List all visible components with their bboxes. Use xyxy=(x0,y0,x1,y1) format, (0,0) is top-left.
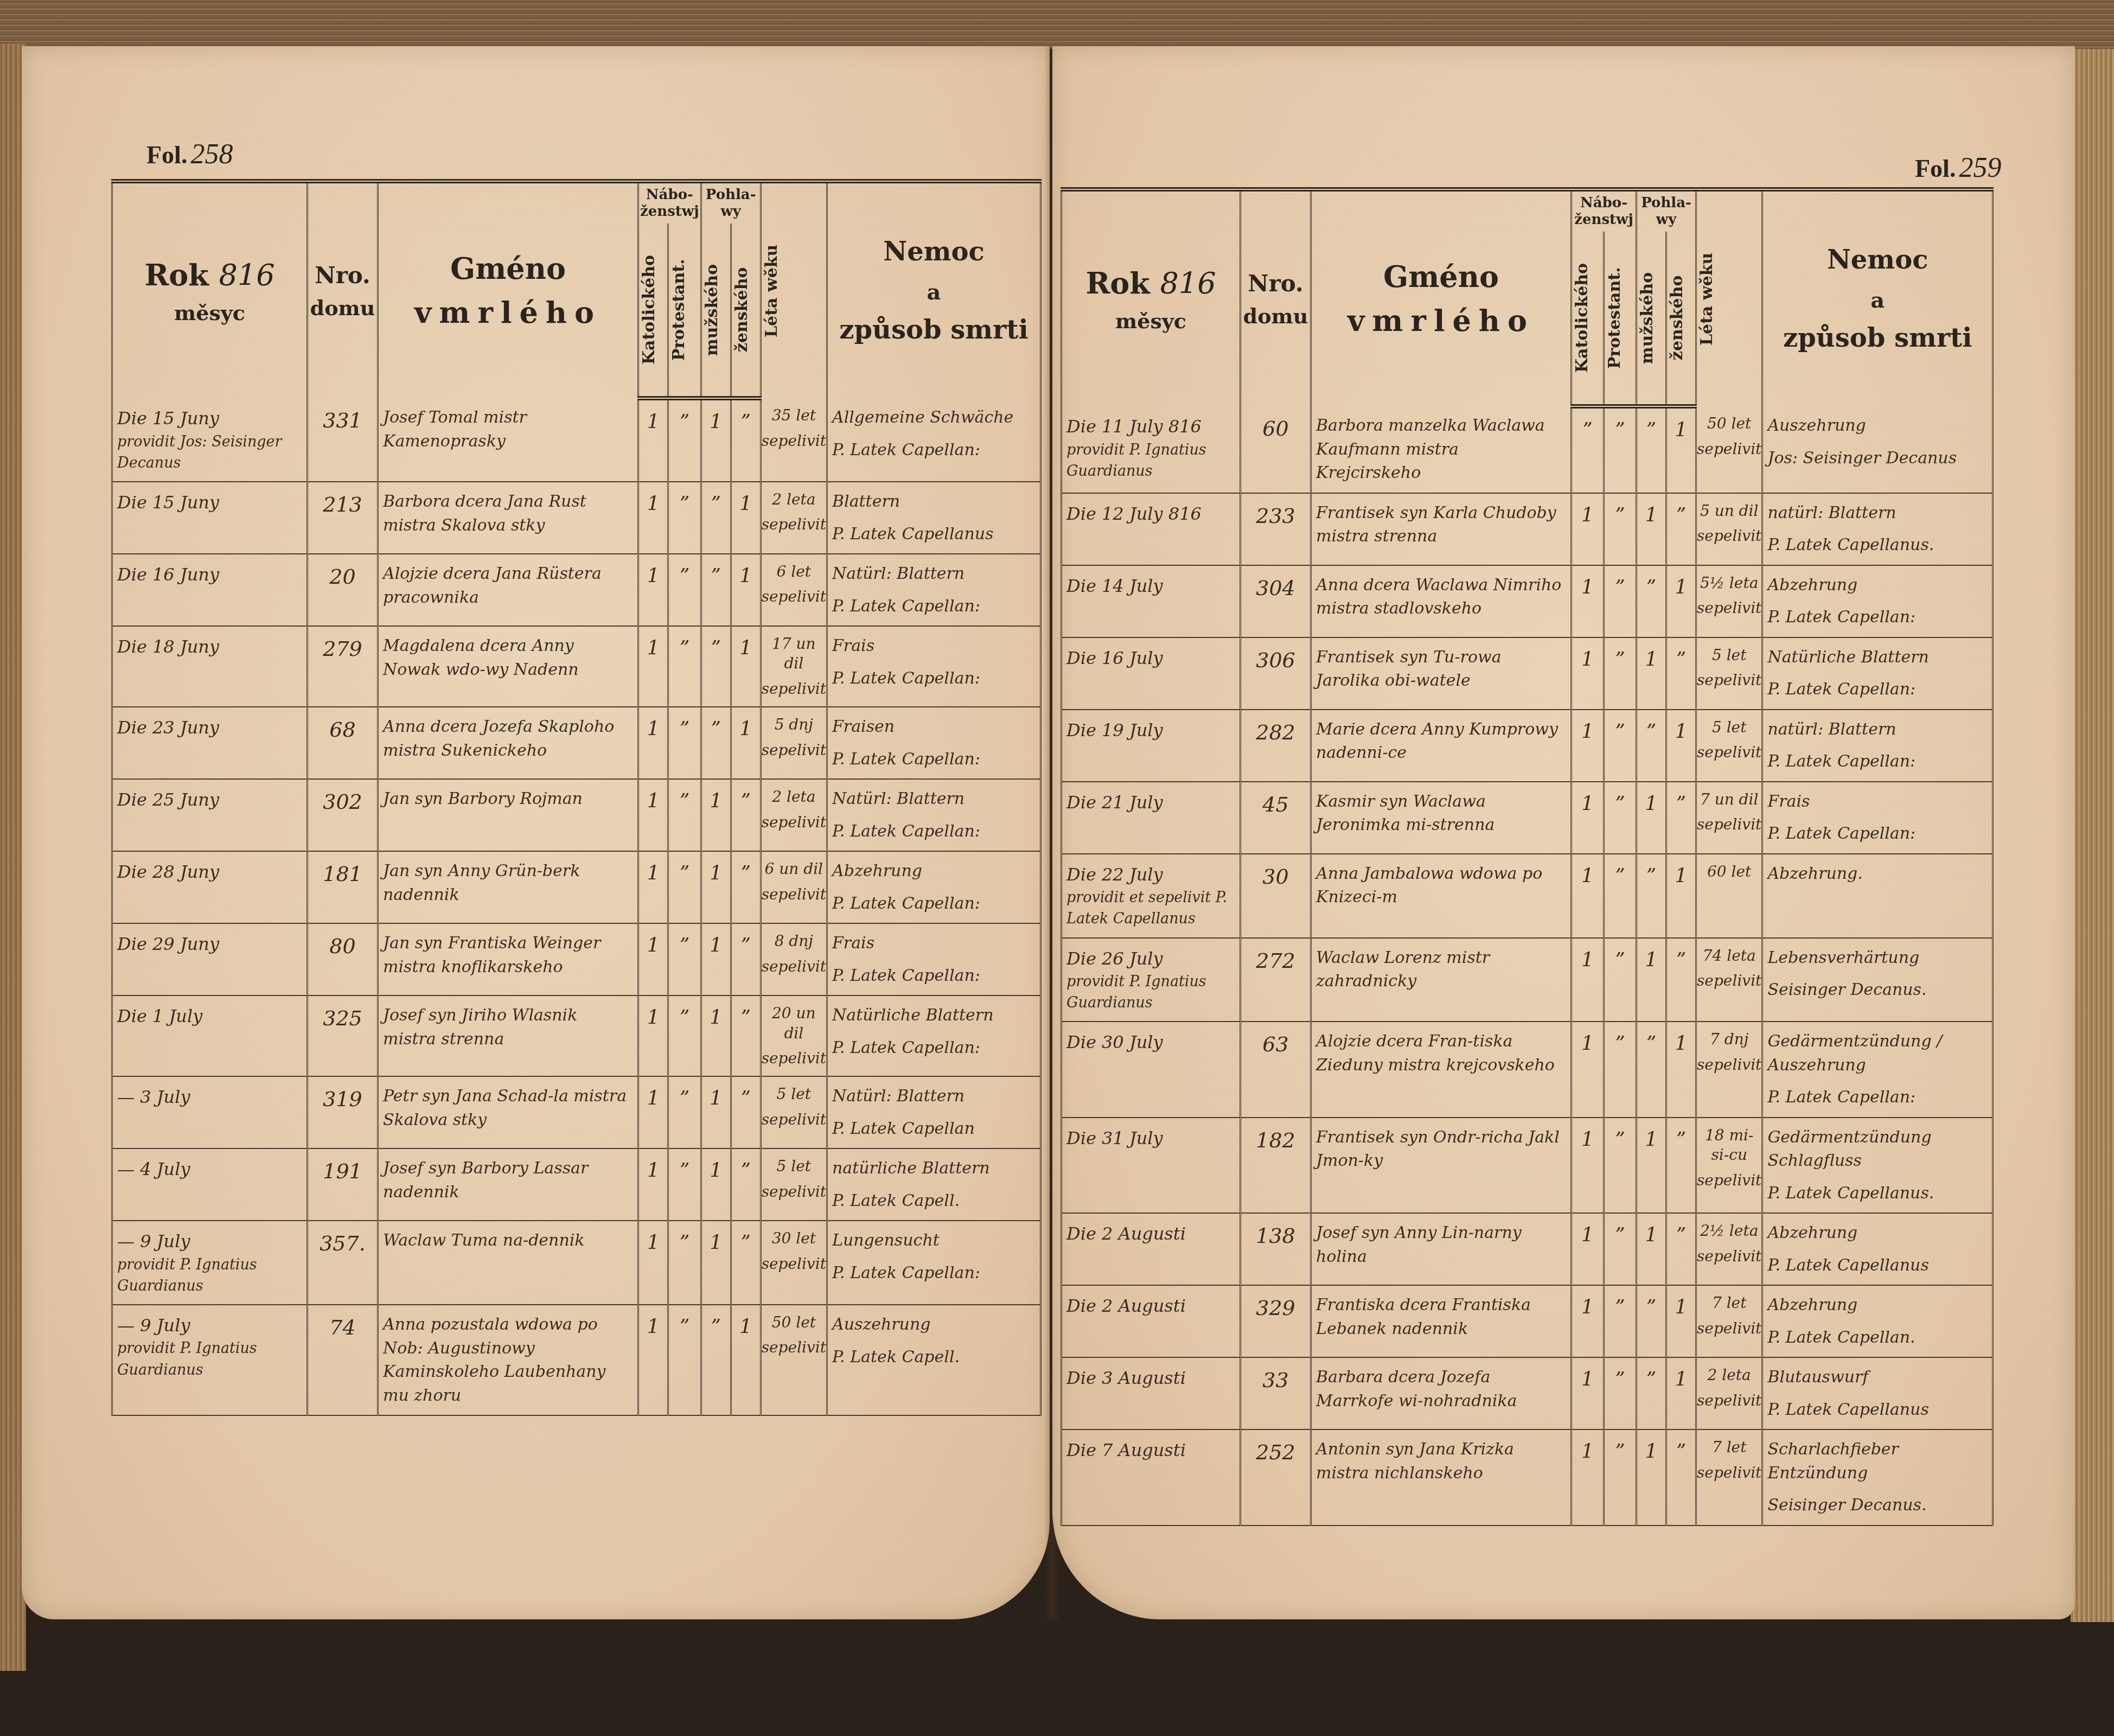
cause-of-death: Abzehrung xyxy=(1767,573,1988,597)
header-date-rok: Rok xyxy=(144,258,208,292)
cell-catholic: 1 xyxy=(1572,637,1604,710)
left-register-table: Rok 816 měsyc Nro. domu Gméno vmrlého Ná… xyxy=(111,179,1042,1416)
cell-age: 5 letsepelivit xyxy=(761,1148,827,1221)
cell-catholic: 1 xyxy=(638,851,668,923)
cause-of-death: Auszehrung xyxy=(832,1313,1036,1337)
cell-date: Die 19 July xyxy=(1062,710,1241,782)
cell-catholic: 1 xyxy=(1572,782,1604,854)
header-female: ženského xyxy=(731,224,761,398)
death-date: Die 2 Augusti xyxy=(1066,1223,1186,1244)
cell-age: 20 un dilsepelivit xyxy=(761,995,827,1076)
register-row: Die 2 Augusti 329 Frantiska dcera Franti… xyxy=(1062,1285,1993,1357)
sepelivit-mark: sepelivit xyxy=(762,515,826,534)
register-row: Die 28 Juny 181 Jan syn Anny Grün-berk n… xyxy=(112,851,1041,923)
cell-protestant: ” xyxy=(1604,1285,1637,1357)
cell-deceased-name: Alojzie dcera Fran-tiska Zieduny mistra … xyxy=(1311,1022,1572,1118)
cell-deceased-name: Josef syn Jiriho Wlasnik mistra strenna xyxy=(378,995,638,1076)
cell-male: 1 xyxy=(701,995,731,1076)
cell-date: Die 7 Augusti xyxy=(1062,1429,1241,1526)
cell-catholic: 1 xyxy=(638,626,668,707)
cell-male: 1 xyxy=(701,779,731,851)
header-male: mužského xyxy=(1637,232,1666,406)
header-sex: Pohla-wy xyxy=(701,181,761,224)
cell-date: Die 16 Juny xyxy=(112,554,308,626)
register-row: Die 2 Augusti 138 Josef syn Anny Lin-nar… xyxy=(1062,1213,1993,1285)
cell-deceased-name: Petr syn Jana Schad-la mistra Skalova st… xyxy=(378,1076,638,1148)
cause-of-death: Abzehrung xyxy=(832,859,1036,883)
cell-date: Die 12 July 816 xyxy=(1062,493,1241,565)
cell-cause: Frais P. Latek Capellan: xyxy=(827,626,1041,707)
cell-male: 1 xyxy=(1637,1118,1666,1214)
cell-protestant: ” xyxy=(1604,1357,1637,1429)
sepelivit-mark: sepelivit xyxy=(1697,1463,1761,1483)
cause-of-death: Scharlachfieber Entzündung xyxy=(1767,1438,1988,1485)
header-protestant: Protestant. xyxy=(1604,232,1637,406)
cell-female: ” xyxy=(1666,1213,1696,1285)
cell-female: 1 xyxy=(731,626,761,707)
header-cause-line3: způsob smrti xyxy=(1783,323,1972,353)
register-row: — 3 July 319 Petr syn Jana Schad-la mist… xyxy=(112,1076,1041,1148)
cell-protestant: ” xyxy=(1604,710,1637,782)
header-house: Nro. domu xyxy=(308,181,378,398)
cell-date: Die 3 Augusti xyxy=(1062,1357,1241,1429)
cell-cause: Auszehrung P. Latek Capell. xyxy=(827,1305,1041,1415)
cell-deceased-name: Barbara dcera Jozefa Marrkofe wi-nohradn… xyxy=(1311,1357,1572,1429)
cell-male: ” xyxy=(1637,710,1666,782)
cell-cause: Natürliche Blattern P. Latek Capellan: xyxy=(827,995,1041,1076)
register-row: Die 21 July 45 Kasmir syn Waclawa Jeroni… xyxy=(1062,782,1993,854)
cell-deceased-name: Kasmir syn Waclawa Jeronimka mi-strenna xyxy=(1311,782,1572,854)
cell-house-number: 45 xyxy=(1241,782,1311,854)
header-female-label: ženského xyxy=(732,224,751,395)
cell-male: ” xyxy=(701,1305,731,1415)
sepelivit-mark: sepelivit xyxy=(762,1182,826,1202)
cell-cause: Natürl: Blattern P. Latek Capellan xyxy=(827,1076,1041,1148)
death-date: Die 19 July xyxy=(1066,720,1163,741)
cell-house-number: 279 xyxy=(308,626,378,707)
cell-female: ” xyxy=(1666,637,1696,710)
cell-female: 1 xyxy=(1666,565,1696,637)
cell-age: 17 un dilsepelivit xyxy=(761,626,827,707)
cell-date: — 3 July xyxy=(112,1076,308,1148)
death-date: — 4 July xyxy=(117,1159,190,1179)
cell-catholic: 1 xyxy=(1572,854,1604,938)
cell-protestant: ” xyxy=(668,1076,701,1148)
death-date: Die 29 Juny xyxy=(117,934,219,954)
cell-age: 8 dnjsepelivit xyxy=(761,923,827,995)
cell-female: ” xyxy=(731,995,761,1076)
register-row: — 9 July providit P. Ignatius Guardianus… xyxy=(112,1221,1041,1305)
cell-male: ” xyxy=(1637,406,1666,493)
header-date: Rok 816 měsyc xyxy=(1062,189,1241,406)
folio-label: Fol. xyxy=(146,141,187,169)
header-male-label: mužského xyxy=(702,224,721,395)
death-date: Die 7 Augusti xyxy=(1066,1440,1186,1460)
burying-priest: P. Latek Capellan xyxy=(832,1117,1036,1141)
burying-priest: P. Latek Capellan: xyxy=(832,1261,1036,1285)
cell-female: 1 xyxy=(731,554,761,626)
cell-protestant: ” xyxy=(668,1305,701,1415)
cell-deceased-name: Josef Tomal mistr Kamenoprasky xyxy=(378,398,638,482)
officiant-note: providit P. Ignatius Guardianus xyxy=(1066,971,1235,1013)
cell-male: 1 xyxy=(701,1076,731,1148)
cell-catholic: 1 xyxy=(1572,1357,1604,1429)
sepelivit-mark: sepelivit xyxy=(762,1110,826,1129)
death-date: Die 15 Juny xyxy=(117,408,219,429)
cause-of-death: Frais xyxy=(832,634,1036,658)
sepelivit-mark: sepelivit xyxy=(1697,439,1761,459)
cell-female: ” xyxy=(1666,1118,1696,1214)
cell-protestant: ” xyxy=(668,779,701,851)
burying-priest: P. Latek Capellan: xyxy=(832,820,1036,844)
cell-cause: Scharlachfieber Entzündung Seisinger Dec… xyxy=(1762,1429,1993,1526)
cell-male: ” xyxy=(1637,1022,1666,1118)
cell-house-number: 233 xyxy=(1241,493,1311,565)
cell-age: 2 letasepelivit xyxy=(761,779,827,851)
register-row: — 9 July providit P. Ignatius Guardianus… xyxy=(112,1305,1041,1415)
cause-of-death: natürliche Blattern xyxy=(832,1157,1036,1180)
cell-male: 1 xyxy=(1637,1429,1666,1526)
cell-protestant: ” xyxy=(668,554,701,626)
death-date: Die 22 July xyxy=(1066,864,1163,885)
cell-house-number: 182 xyxy=(1241,1118,1311,1214)
cell-catholic: 1 xyxy=(638,1305,668,1415)
cell-female: 1 xyxy=(1666,854,1696,938)
register-row: Die 1 July 325 Josef syn Jiriho Wlasnik … xyxy=(112,995,1041,1076)
cell-female: ” xyxy=(731,851,761,923)
cell-protestant: ” xyxy=(1604,637,1637,710)
header-cause: Nemoc a způsob smrti xyxy=(827,181,1041,398)
cell-female: 1 xyxy=(1666,710,1696,782)
header-protestant: Protestant. xyxy=(668,224,701,398)
cause-of-death: Abzehrung. xyxy=(1767,862,1988,886)
header-male: mužského xyxy=(701,224,731,398)
cell-age: 6 un dilsepelivit xyxy=(761,851,827,923)
cell-house-number: 33 xyxy=(1241,1357,1311,1429)
header-religion: Nábo-ženstwj xyxy=(638,181,701,224)
cell-date: Die 29 Juny xyxy=(112,923,308,995)
cause-of-death: Frais xyxy=(832,931,1036,955)
cell-house-number: 302 xyxy=(308,779,378,851)
death-date: Die 3 Augusti xyxy=(1066,1368,1186,1388)
left-folio: Fol.258 xyxy=(146,138,233,170)
cell-date: Die 15 Juny providit Jos: Seisinger Deca… xyxy=(112,398,308,482)
death-date: Die 18 Juny xyxy=(117,636,219,657)
burying-priest: P. Latek Capellan: xyxy=(832,748,1036,771)
cell-house-number: 63 xyxy=(1241,1022,1311,1118)
header-name-line1: Gméno xyxy=(1383,259,1499,294)
cell-female: 1 xyxy=(731,482,761,554)
cell-deceased-name: Frantisek syn Ondr-richa Jakl Jmon-ky xyxy=(1311,1118,1572,1214)
cell-deceased-name: Jan syn Anny Grün-berk nadennik xyxy=(378,851,638,923)
header-catholic: Katolického xyxy=(1572,232,1604,406)
death-date: Die 30 July xyxy=(1066,1032,1163,1052)
book-top-edge xyxy=(0,0,2114,49)
sepelivit-mark: sepelivit xyxy=(1697,526,1761,546)
cell-catholic: 1 xyxy=(638,1076,668,1148)
cell-female: ” xyxy=(1666,493,1696,565)
sepelivit-mark: sepelivit xyxy=(1697,598,1761,618)
cell-house-number: 325 xyxy=(308,995,378,1076)
cell-house-number: 181 xyxy=(308,851,378,923)
cell-male: 1 xyxy=(1637,637,1666,710)
right-folio: Fol.259 xyxy=(1915,152,2001,184)
cell-protestant: ” xyxy=(668,1148,701,1221)
cell-protestant: ” xyxy=(668,1221,701,1305)
cell-cause: Natürl: Blattern P. Latek Capellan: xyxy=(827,554,1041,626)
cell-female: ” xyxy=(731,923,761,995)
cell-date: Die 28 Juny xyxy=(112,851,308,923)
cell-date: Die 14 July xyxy=(1062,565,1241,637)
cell-date: Die 2 Augusti xyxy=(1062,1285,1241,1357)
cell-male: 1 xyxy=(1637,493,1666,565)
sepelivit-mark: sepelivit xyxy=(1697,971,1761,991)
death-date: Die 23 Juny xyxy=(117,717,219,738)
header-name: Gméno vmrlého xyxy=(1311,189,1572,406)
cell-catholic: 1 xyxy=(1572,493,1604,565)
cell-cause: Blutauswurf P. Latek Capellanus xyxy=(1762,1357,1993,1429)
cell-cause: Gedärmentzündung / Auszehrung P. Latek C… xyxy=(1762,1022,1993,1118)
burying-priest: P. Latek Capellanus xyxy=(1767,1254,1988,1278)
cell-date: Die 25 Juny xyxy=(112,779,308,851)
cell-house-number: 30 xyxy=(1241,854,1311,938)
cell-female: ” xyxy=(731,398,761,482)
cell-cause: Gedärmentzündung Schlagfluss P. Latek Ca… xyxy=(1762,1118,1993,1214)
cell-date: Die 30 July xyxy=(1062,1022,1241,1118)
cell-male: 1 xyxy=(701,1221,731,1305)
cell-deceased-name: Magdalena dcera Anny Nowak wdo-wy Nadenn xyxy=(378,626,638,707)
cell-house-number: 357. xyxy=(308,1221,378,1305)
burying-priest: P. Latek Capellan: xyxy=(1767,822,1988,846)
header-age: Léta wěku xyxy=(761,181,827,398)
cell-deceased-name: Jan syn Barbory Rojman xyxy=(378,779,638,851)
cell-age: 5 dnjsepelivit xyxy=(761,707,827,779)
cell-house-number: 304 xyxy=(1241,565,1311,637)
cell-age: 5 letsepelivit xyxy=(761,1076,827,1148)
burying-priest: P. Latek Capellan: xyxy=(832,438,1036,462)
cell-age: 7 un dilsepelivit xyxy=(1696,782,1762,854)
cell-protestant: ” xyxy=(1604,1022,1637,1118)
death-date: Die 11 July 816 xyxy=(1066,416,1202,437)
cell-protestant: ” xyxy=(1604,1118,1637,1214)
cell-house-number: 20 xyxy=(308,554,378,626)
cell-catholic: 1 xyxy=(638,482,668,554)
cause-of-death: natürl: Blattern xyxy=(1767,501,1988,525)
register-row: Die 30 July 63 Alojzie dcera Fran-tiska … xyxy=(1062,1022,1993,1118)
cell-male: ” xyxy=(1637,1285,1666,1357)
officiant-note: providit P. Ignatius Guardianus xyxy=(117,1338,302,1380)
cell-catholic: 1 xyxy=(638,398,668,482)
burying-priest: P. Latek Capell. xyxy=(832,1345,1036,1369)
cause-of-death: Natürl: Blattern xyxy=(832,1084,1036,1108)
cell-deceased-name: Frantiska dcera Frantiska Lebanek nadenn… xyxy=(1311,1285,1572,1357)
header-house-domu: domu xyxy=(1242,301,1310,331)
header-catholic-label: Katolického xyxy=(640,224,659,395)
cell-male: ” xyxy=(701,626,731,707)
cell-house-number: 60 xyxy=(1241,406,1311,493)
cell-protestant: ” xyxy=(668,626,701,707)
cell-male: ” xyxy=(1637,565,1666,637)
header-male-label: mužského xyxy=(1638,232,1657,404)
cell-deceased-name: Waclaw Lorenz mistr zahradnicky xyxy=(1311,938,1572,1022)
death-date: Die 28 Juny xyxy=(117,861,219,882)
cause-of-death: Blutauswurf xyxy=(1767,1365,1988,1389)
death-date: Die 31 July xyxy=(1066,1128,1163,1148)
cell-protestant: ” xyxy=(1604,406,1637,493)
cause-of-death: natürl: Blattern xyxy=(1767,718,1988,742)
cell-age: 5 letsepelivit xyxy=(1696,637,1762,710)
cell-age: 74 letasepelivit xyxy=(1696,938,1762,1022)
register-row: Die 22 July providit et sepelivit P. Lat… xyxy=(1062,854,1993,938)
cell-age: 7 letsepelivit xyxy=(1696,1285,1762,1357)
cell-date: Die 2 Augusti xyxy=(1062,1213,1241,1285)
header-catholic-label: Katolického xyxy=(1573,232,1592,404)
header-catholic: Katolického xyxy=(638,224,668,398)
sepelivit-mark: sepelivit xyxy=(762,1338,826,1357)
register-row: — 4 July 191 Josef syn Barbory Lassar na… xyxy=(112,1148,1041,1221)
header-house-nro: Nro. xyxy=(1248,270,1303,297)
header-protestant-label: Protestant. xyxy=(1605,232,1624,404)
cell-female: 1 xyxy=(1666,1022,1696,1118)
cell-house-number: 191 xyxy=(308,1148,378,1221)
cell-deceased-name: Jan syn Frantiska Weinger mistra knoflik… xyxy=(378,923,638,995)
cell-deceased-name: Josef syn Anny Lin-narny holina xyxy=(1311,1213,1572,1285)
sepelivit-mark: sepelivit xyxy=(1697,1247,1761,1266)
cell-male: 1 xyxy=(701,851,731,923)
cell-catholic: 1 xyxy=(1572,565,1604,637)
cell-female: ” xyxy=(731,1076,761,1148)
cell-male: 1 xyxy=(701,923,731,995)
cell-age: 7 dnjsepelivit xyxy=(1696,1022,1762,1118)
cell-cause: Abzehrung P. Latek Capellan: xyxy=(827,851,1041,923)
folio-label: Fol. xyxy=(1915,155,1956,182)
death-date: Die 12 July 816 xyxy=(1066,503,1202,524)
cell-age: 30 letsepelivit xyxy=(761,1221,827,1305)
cause-of-death: Auszehrung xyxy=(1767,414,1988,438)
sepelivit-mark: sepelivit xyxy=(1697,671,1761,690)
cause-of-death: Blattern xyxy=(832,490,1036,514)
burying-priest: P. Latek Capell. xyxy=(832,1189,1036,1213)
book-right-edge xyxy=(2071,49,2114,1622)
cell-female: 1 xyxy=(731,707,761,779)
cell-date: Die 15 Juny xyxy=(112,482,308,554)
cell-deceased-name: Alojzie dcera Jana Rüstera pracownika xyxy=(378,554,638,626)
sepelivit-mark: sepelivit xyxy=(762,1254,826,1274)
burying-priest: Jos: Seisinger Decanus xyxy=(1767,446,1988,470)
sepelivit-mark: sepelivit xyxy=(1697,1319,1761,1338)
cell-catholic: 1 xyxy=(1572,1429,1604,1526)
header-protestant-label: Protestant. xyxy=(669,224,688,395)
cell-house-number: 331 xyxy=(308,398,378,482)
header-name-line2: vmrlého xyxy=(1347,303,1535,338)
officiant-note: providit P. Ignatius Guardianus xyxy=(117,1254,302,1297)
cell-protestant: ” xyxy=(1604,1213,1637,1285)
death-date: Die 2 Augusti xyxy=(1066,1295,1186,1316)
cell-deceased-name: Anna dcera Jozefa Skaploho mistra Sukeni… xyxy=(378,707,638,779)
burying-priest: P. Latek Capellan: xyxy=(832,595,1036,618)
cell-male: ” xyxy=(701,554,731,626)
cell-cause: natürl: Blattern P. Latek Capellanus. xyxy=(1762,493,1993,565)
cell-age: 7 letsepelivit xyxy=(1696,1429,1762,1526)
header-cause-line1: Nemoc xyxy=(883,237,984,267)
burying-priest: P. Latek Capellan: xyxy=(1767,750,1988,774)
sepelivit-mark: sepelivit xyxy=(1697,743,1761,762)
cell-female: ” xyxy=(731,779,761,851)
cell-male: 1 xyxy=(1637,1213,1666,1285)
cell-protestant: ” xyxy=(1604,493,1637,565)
cell-date: Die 18 Juny xyxy=(112,626,308,707)
cell-protestant: ” xyxy=(1604,854,1637,938)
header-name-line2: vmrlého xyxy=(414,295,602,330)
death-date: Die 15 Juny xyxy=(117,492,219,513)
header-date: Rok 816 měsyc xyxy=(112,181,308,398)
cell-deceased-name: Josef syn Barbory Lassar nadennik xyxy=(378,1148,638,1221)
cause-of-death: Natürliche Blattern xyxy=(1767,646,1988,669)
cell-female: ” xyxy=(1666,782,1696,854)
cause-of-death: Frais xyxy=(1767,790,1988,814)
right-register-table: Rok 816 měsyc Nro. domu Gméno vmrlého Ná… xyxy=(1061,187,1994,1526)
cell-date: Die 31 July xyxy=(1062,1118,1241,1214)
cell-deceased-name: Anna dcera Waclawa Nimriho mistra stadlo… xyxy=(1311,565,1572,637)
cause-of-death: Natürl: Blattern xyxy=(832,562,1036,586)
cell-date: — 4 July xyxy=(112,1148,308,1221)
cell-deceased-name: Frantisek syn Tu-rowa Jarolika obi-watel… xyxy=(1311,637,1572,710)
register-row: Die 26 July providit P. Ignatius Guardia… xyxy=(1062,938,1993,1022)
cell-deceased-name: Frantisek syn Karla Chudoby mistra stren… xyxy=(1311,493,1572,565)
cell-deceased-name: Marie dcera Anny Kumprowy nadenni-ce xyxy=(1311,710,1572,782)
cell-male: 1 xyxy=(1637,782,1666,854)
register-row: Die 29 Juny 80 Jan syn Frantiska Weinger… xyxy=(112,923,1041,995)
register-row: Die 25 Juny 302 Jan syn Barbory Rojman 1… xyxy=(112,779,1041,851)
cell-cause: Abzehrung P. Latek Capellanus xyxy=(1762,1213,1993,1285)
cell-protestant: ” xyxy=(1604,938,1637,1022)
register-row: Die 11 July 816 providit P. Ignatius Gua… xyxy=(1062,406,1993,493)
cell-date: Die 11 July 816 providit P. Ignatius Gua… xyxy=(1062,406,1241,493)
header-date-rok: Rok xyxy=(1085,266,1149,301)
header-age-label: Léta wěku xyxy=(1697,213,1716,385)
folio-number: 258 xyxy=(190,139,233,170)
cell-house-number: 252 xyxy=(1241,1429,1311,1526)
burying-priest: P. Latek Capellan. xyxy=(1767,1326,1988,1350)
cell-male: ” xyxy=(1637,854,1666,938)
cell-catholic: 1 xyxy=(1572,710,1604,782)
sepelivit-mark: sepelivit xyxy=(762,587,826,607)
cell-house-number: 282 xyxy=(1241,710,1311,782)
death-date: — 9 July xyxy=(117,1315,190,1336)
header-house-domu: domu xyxy=(309,292,376,323)
register-row: Die 16 Juny 20 Alojzie dcera Jana Rüster… xyxy=(112,554,1041,626)
cell-date: Die 23 Juny xyxy=(112,707,308,779)
header-name: Gméno vmrlého xyxy=(378,181,638,398)
register-row: Die 19 July 282 Marie dcera Anny Kumprow… xyxy=(1062,710,1993,782)
cell-catholic: 1 xyxy=(1572,1022,1604,1118)
sepelivit-mark: sepelivit xyxy=(762,813,826,832)
cell-house-number: 272 xyxy=(1241,938,1311,1022)
cell-male: ” xyxy=(701,482,731,554)
header-house-nro: Nro. xyxy=(315,262,370,289)
header-sex: Pohla-wy xyxy=(1637,189,1696,232)
cell-female: ” xyxy=(1666,1429,1696,1526)
burying-priest: P. Latek Capellan: xyxy=(832,892,1036,916)
sepelivit-mark: sepelivit xyxy=(1697,1171,1761,1190)
cell-protestant: ” xyxy=(668,995,701,1076)
cell-catholic: 1 xyxy=(638,707,668,779)
header-cause: Nemoc a způsob smrti xyxy=(1762,189,1993,406)
cell-catholic: 1 xyxy=(638,1148,668,1221)
death-date: — 3 July xyxy=(117,1087,190,1107)
death-date: Die 16 July xyxy=(1066,648,1163,668)
cell-deceased-name: Barbora dcera Jana Rust mistra Skalova s… xyxy=(378,482,638,554)
